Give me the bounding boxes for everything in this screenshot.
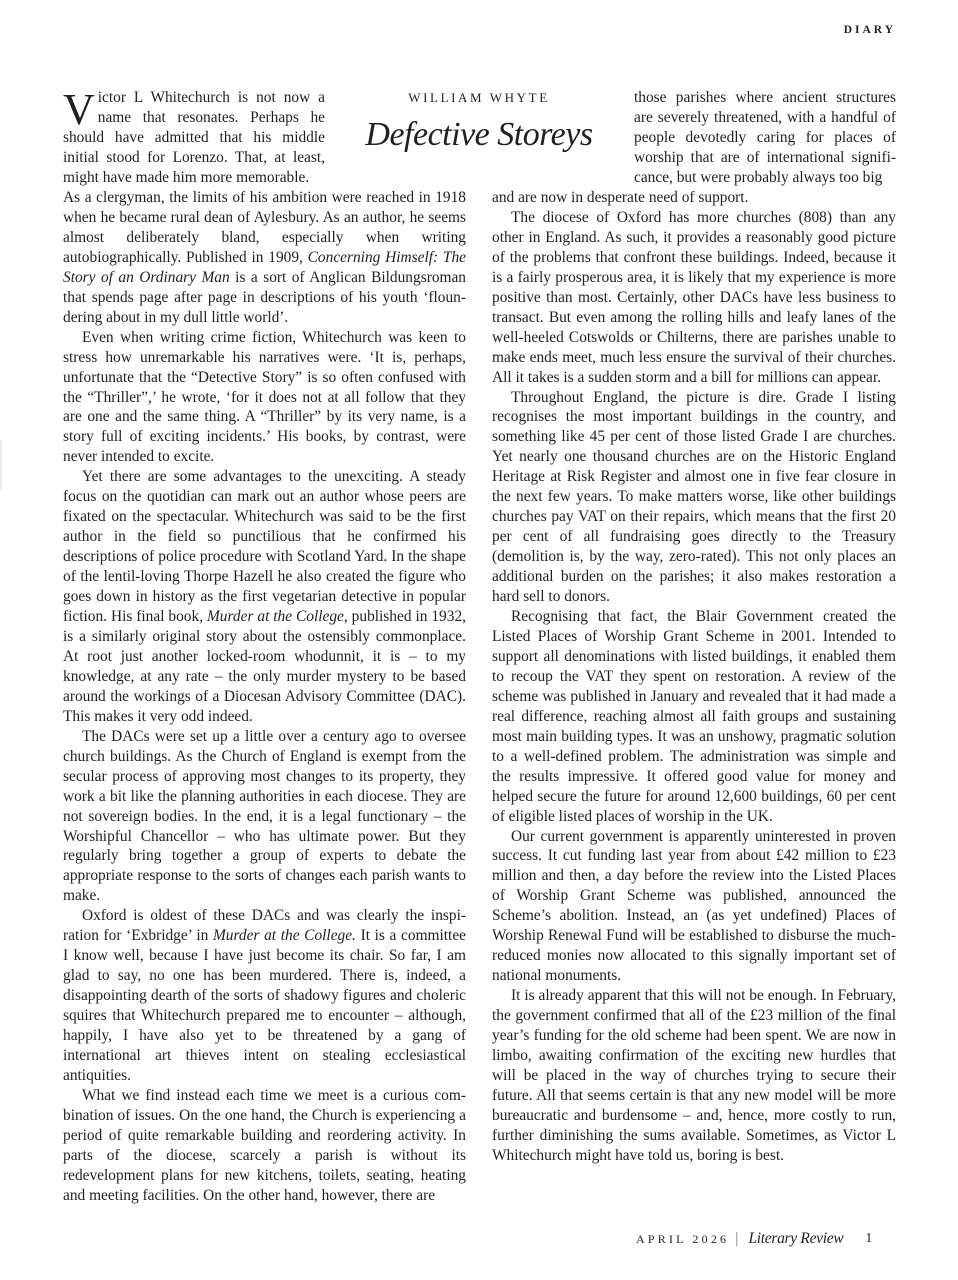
intro-paragraph: Victor L Whitechurch is not now a name t… — [63, 88, 325, 188]
paragraph: Oxford is oldest of these DACs and was c… — [63, 906, 466, 1086]
book-title: Murder at the College. — [213, 927, 356, 944]
paragraph: The DACs were set up a little over a cen… — [63, 727, 466, 907]
page-number: 1 — [865, 1231, 872, 1247]
right-top-text: those parishes where ancient structures … — [634, 88, 896, 188]
footer-separator: | — [735, 1230, 738, 1248]
paragraph-text: It is a commit­tee I know well, because … — [63, 927, 466, 1084]
author-byline: WILLIAM WHYTE — [340, 88, 618, 108]
paragraph: The diocese of Oxford has more churches … — [492, 208, 896, 388]
paragraph: and are now in desperate need of support… — [492, 188, 896, 208]
right-top-column: those parishes where ancient structures … — [634, 88, 896, 188]
intro-text: ictor L Whitechurch is not now a name th… — [63, 89, 325, 186]
paragraph: It is already apparent that this will no… — [492, 986, 896, 1166]
intro-column: Victor L Whitechurch is not now a name t… — [63, 88, 325, 188]
paragraph: Throughout England, the picture is dire.… — [492, 388, 896, 607]
right-column: and are now in desperate need of support… — [492, 188, 896, 1166]
paragraph: What we find instead each time we meet i… — [63, 1086, 466, 1206]
left-column: As a clergyman, the limits of his ambiti… — [63, 188, 466, 1206]
section-label: DIARY — [844, 24, 896, 36]
paragraph: Yet there are some advantages to the une… — [63, 467, 466, 726]
magazine-name: Literary Review — [748, 1230, 843, 1248]
article-heading: WILLIAM WHYTE Defective Storeys — [340, 88, 618, 154]
paragraph: Even when writing crime fiction, Whitech… — [63, 328, 466, 468]
page-footer: APRIL 2026 | Literary Review 1 — [636, 1230, 872, 1248]
book-title: Murder at the College — [207, 608, 344, 625]
paragraph-text: Yet there are some advantages to the une… — [63, 468, 466, 625]
drop-cap: V — [63, 88, 95, 127]
article-title: Defective Storeys — [340, 116, 618, 154]
paragraph: Recognising that fact, the Blair Governm… — [492, 607, 896, 826]
page-edge-mark — [0, 440, 2, 490]
paragraph-text: , published in 1932, is a similarly orig… — [63, 608, 466, 725]
paragraph: Our current government is apparently uni… — [492, 827, 896, 987]
paragraph: As a clergyman, the limits of his ambiti… — [63, 188, 466, 328]
issue-date: APRIL 2026 — [636, 1232, 729, 1247]
